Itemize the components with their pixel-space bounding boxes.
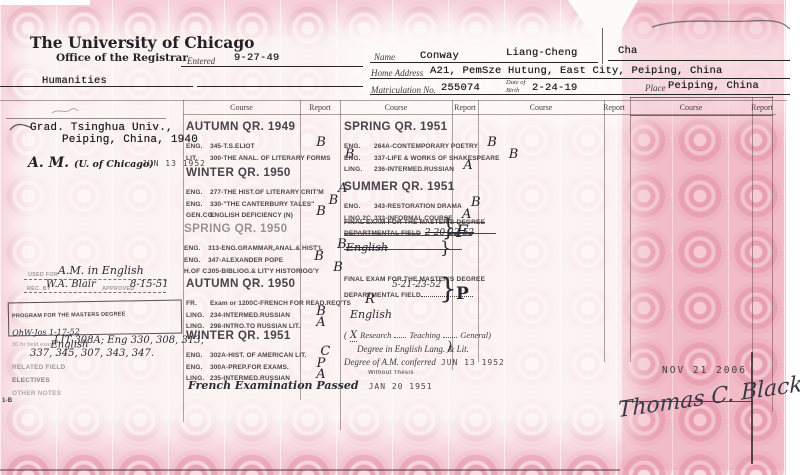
approved-date: 8-15-51 [130,279,169,290]
report-header: Report [300,103,340,112]
course-title: 300A-PREP.FOR EXAMS. [210,364,302,371]
cancelled-exam-subject: English [346,241,388,254]
used-for-value: A.M. in English [58,264,144,277]
name-last: Cha [618,45,638,57]
french-exam-note: French Examination Passed JAN 20 1951 [188,379,433,392]
option-general: General) [460,330,491,340]
course-dept: ENG. [184,257,208,264]
course-title: ENGLISH DEFICIENCY (N) [210,212,302,219]
course-grade: B [319,260,357,275]
quarter-section: WINTER QR. 1951 ENG.302A-HIST. OF AMERIC… [186,327,340,381]
option-research: Research [360,330,391,340]
course-title: 234-INTERMED.RUSSIAN [210,312,302,319]
place-label: Place [645,83,666,93]
thesis-note: Without Thesis [368,370,414,376]
grid-line [6,118,166,119]
rule [370,62,598,63]
pen-mark-icon [648,12,794,36]
corner-code: 1-B [2,398,12,404]
course-row: LING.236-INTERMED.RUSSIANA [344,160,478,172]
course-dept: ENG. [344,143,374,150]
research-mark: X [350,330,357,342]
course-dept: ENG. [344,155,374,162]
received-date-stamp: NOV 21 2006 [662,365,747,376]
dob-label-1: Date of [506,80,525,87]
report-header: Report [596,103,632,112]
course-row: ENG.264A-CONTEMPORARY POETRYB [344,137,478,149]
quarter-section: WINTER QR. 1950 ENG.277-THE HIST.OF LITE… [186,164,340,218]
strike-line [344,235,472,236]
quarter-title: SPRING QR. 1951 [344,118,474,134]
course-dept: ENG. [186,352,210,359]
course-row: ENG.347-ALEXANDER POPEB [184,251,338,263]
course-title: 277-THE HIST.OF LITERARY CRIT'M [210,189,324,196]
quarter-section: AUTUMN QR. 1950 FR.Exam or 1200C-FRENCH … [186,275,340,329]
course-title: 305-BIBLIOG.& LIT'Y HISTORIOG'Y [208,268,319,275]
name-first: Conway [420,50,459,62]
quarter-section: SPRING QR. 1951 ENG.264A-CONTEMPORARY PO… [344,118,478,172]
quarter-section: SPRING QR. 1950 ENG.313-ENG.GRAMMAR,ANAL… [184,220,338,274]
quarter-title: AUTUMN QR. 1949 [186,118,335,134]
home-address-value: A21, PemSze Hutung, East City, Peiping, … [430,65,723,77]
course-dept: ENG. [186,189,210,196]
final-exam-subject: English [350,308,392,321]
course-dept: FR. [186,300,210,307]
course-row: H.OF C.305-BIBLIOG.& LIT'Y HISTORIOG'YB [184,262,338,274]
quarter-title: SPRING QR. 1950 [184,220,333,236]
close-paren: ) [447,339,452,355]
other-notes-label: OTHER NOTES [12,390,61,397]
degree-conferred-row: Degree of A.M. conferred JUN 13 1952 [344,357,505,367]
course-dept: ENG. [184,245,208,252]
grid-line [772,96,773,412]
option-teaching: Teaching [409,330,440,340]
rule [370,94,790,95]
french-exam-date-stamp: JAN 20 1951 [369,382,433,391]
am-degree: A. M. [28,155,69,171]
course-dept: LING. [186,312,210,319]
conferred-date-stamp: JUN 13 1952 [441,358,505,367]
quarter-section: SUMMER QR. 1951 ENG.343-RESTORATION DRAM… [344,178,478,220]
course-header: Course [478,103,604,112]
rule [608,60,790,61]
course-grade: B [500,147,528,162]
grid-line [604,100,605,362]
related-field-label: RELATED FIELD [12,364,65,371]
course-header: Course [630,103,752,112]
dob-value: 2-24-19 [532,82,578,94]
report-header: Report [452,103,478,112]
course-title: 345-T.S.ELIOT [210,143,302,150]
strike-line [448,233,496,234]
degree-options-row: ( X Research Teaching General) [344,330,491,342]
name-middle: Liang-Cheng [506,47,578,59]
used-for-label: USED FOR [28,272,58,278]
conferred-label: Degree of A.M. conferred [344,357,436,367]
place-value: Peiping, China [668,80,759,92]
course-title: 302A-HIST. OF AMERICAN LIT. [210,352,306,359]
final-exam-date: 5-21-23-52 [392,280,441,290]
quarter-title: WINTER QR. 1951 [186,327,335,343]
course-dept: ENG. [186,364,210,371]
course-grade: B [302,204,340,219]
cancelled-exam-grade: F [456,222,468,242]
program-stamp-box: PROGRAM FOR THE MASTERS DEGREE OhW-Jos 1… [8,299,183,336]
open-paren: ( [344,330,347,340]
field-note-line1: LIT 308A; Eng 330, 308, 313, [54,335,204,346]
dotted-leader [443,332,457,338]
course-row: LIT.300-THE ANAL. OF LITERARY FORMSB [186,149,340,161]
report-header: Report [748,103,776,112]
brace: } [439,272,457,305]
course-dept: H.OF C. [184,268,208,275]
quarter-section: AUTUMN QR. 1949 ENG.345-T.S.ELIOTB LIT.3… [186,118,340,160]
rule [370,78,790,79]
course-dept: ENG. [186,201,210,208]
course-dept: LIT. [186,155,210,162]
course-title: 347-ALEXANDER POPE [208,257,300,264]
course-dept: LING. [344,166,374,173]
matriculation-value: 255074 [441,82,480,94]
program-stamp-text: PROGRAM FOR THE MASTERS DEGREE [12,311,126,319]
rule [181,66,363,67]
quarter-title: SUMMER QR. 1951 [344,178,474,194]
frame-corner-line [751,352,753,464]
course-header: Course [183,103,300,112]
quarter-title: WINTER QR. 1950 [186,164,335,180]
card-bottom-edge [0,469,620,471]
dotted-leader [394,332,406,338]
degree-field-line: Degree in English Lang. & Lit. [357,344,469,354]
course-row: GEN.CO.ENGLISH DEFICIENCY (N)B [186,206,340,218]
entered-label: Entered [187,56,215,66]
final-exam-grade: P [456,284,469,304]
electives-label: ELECTIVES [12,377,50,384]
course-title: 343-RESTORATION DRAMA [374,203,462,210]
grid-line [630,115,773,116]
grid-line [630,97,631,362]
rec-by-value: W.A. Blair [46,279,96,290]
prior-degree-line1: Grad. Tsinghua Univ., [30,122,173,134]
rule [0,86,193,87]
course-title: 330-"THE CANTERBURY TALES" [210,201,314,208]
rule [197,86,363,87]
brace: } [440,238,451,258]
university-title: The University of Chicago [30,33,255,52]
scan-edge-right [786,0,800,475]
registrar-record-card: The University of Chicago Office of the … [0,0,800,475]
prior-degree-line2: Peiping, China, 1940 [62,134,198,146]
grid-line [630,97,773,98]
grid-line [0,100,787,101]
quarter-title: AUTUMN QR. 1950 [186,275,335,291]
course-grade: A [454,158,482,173]
course-row: ENG.345-T.S.ELIOTB [186,137,340,149]
french-exam-text: French Examination Passed [188,379,359,392]
header-divider [602,28,603,64]
grid-line [752,97,753,362]
office-subtitle: Office of the Registrar [56,52,188,64]
name-label: Name [374,52,395,62]
course-dept: ENG. [186,143,210,150]
course-title: 264A-CONTEMPORARY POETRY [374,143,478,150]
pen-scribble-icon [50,106,80,116]
course-title: 300-THE ANAL. OF LITERARY FORMS [210,155,331,162]
final-exam-field-label: DEPARTMENTAL FIELD [344,292,421,299]
course-header: Course [340,103,452,112]
rule [24,292,166,293]
field-note-line2: 337, 345, 307, 343, 347. [30,348,154,359]
course-title: 236-INTERMED.RUSSIAN [374,166,454,173]
course-dept: GEN.CO. [186,212,210,219]
course-dept: ENG. [344,203,374,210]
home-address-label: Home Address [371,68,423,78]
entered-value: 9-27-49 [234,52,280,64]
scan-edge-top [0,0,90,5]
